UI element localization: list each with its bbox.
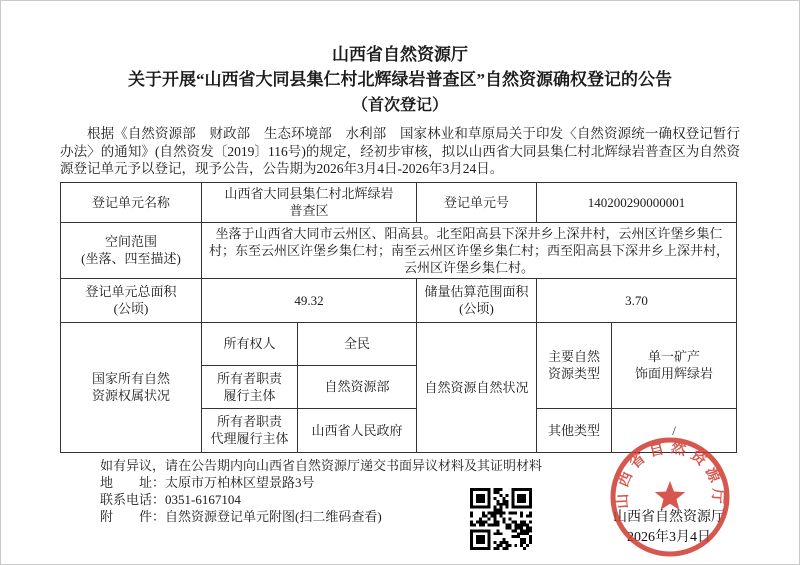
cell-reserve-area-label: 储量估算范围面积 (公顷) bbox=[417, 278, 537, 322]
cell-nature-label: 自然资源自然状况 bbox=[417, 322, 537, 452]
cell-unit-no-value: 140200290000001 bbox=[537, 182, 737, 222]
cell-main-type-value: 单一矿产 饰面用辉绿岩 bbox=[612, 322, 737, 408]
address-line: 地 址：太原市万柏林区望景路3号 bbox=[100, 474, 740, 491]
signoff-date: 2026年3月4日 bbox=[569, 526, 769, 546]
qr-code bbox=[470, 488, 532, 550]
table-row: 国家所有自然 资源权属状况 所有权人 全民 自然资源自然状况 主要自然 资源类型… bbox=[61, 322, 737, 365]
cell-scope-value: 坐落于山西省大同市云州区、阳高县。北至阳高县下深井乡上深井村，云州区许堡乡集仁村… bbox=[202, 222, 737, 278]
cell-unit-name-label: 登记单元名称 bbox=[61, 182, 202, 222]
cell-unit-name-value: 山西省大同县集仁村北辉绿岩普查区 bbox=[202, 182, 417, 222]
cell-duty-label: 所有者职责 履行主体 bbox=[202, 365, 298, 408]
page-subtitle: 关于开展“山西省大同县集仁村北辉绿岩普查区”自然资源确权登记的公告 bbox=[60, 67, 740, 93]
cell-main-type-label: 主要自然 资源类型 bbox=[537, 322, 612, 408]
page-title: 山西省自然资源厅 bbox=[60, 43, 740, 67]
objection-notice: 如有异议，请在公告期内向山西省自然资源厅递交书面异议材料及其证明材料 bbox=[100, 457, 740, 474]
cell-agent-value: 山西省人民政府 bbox=[298, 408, 417, 452]
cell-agent-label: 所有者职责 代理履行主体 bbox=[202, 408, 298, 452]
table-row: 空间范围 (坐落、四至描述) 坐落于山西省大同市云州区、阳高县。北至阳高县下深井… bbox=[61, 222, 737, 278]
cell-ownership-label: 国家所有自然 资源权属状况 bbox=[61, 322, 202, 452]
cell-unit-no-label: 登记单元号 bbox=[417, 182, 537, 222]
registration-type-line: （首次登记） bbox=[60, 93, 740, 119]
cell-duty-value: 自然资源部 bbox=[298, 365, 417, 408]
registration-table: 登记单元名称 山西省大同县集仁村北辉绿岩普查区 登记单元号 1402002900… bbox=[60, 182, 737, 453]
announcement-page: 山西省自然资源厅 关于开展“山西省大同县集仁村北辉绿岩普查区”自然资源确权登记的… bbox=[0, 0, 800, 565]
cell-scope-label: 空间范围 (坐落、四至描述) bbox=[61, 222, 202, 278]
announcement-body: 根据《自然资源部 财政部 生态环境部 水利部 国家林业和草原局关于印发〈自然资源… bbox=[60, 125, 740, 178]
phone-line: 联系电话：0351-6167104 bbox=[100, 491, 740, 508]
cell-other-type-label: 其他类型 bbox=[537, 408, 612, 452]
page-content: 山西省自然资源厅 关于开展“山西省大同县集仁村北辉绿岩普查区”自然资源确权登记的… bbox=[60, 1, 740, 525]
table-row: 登记单元名称 山西省大同县集仁村北辉绿岩普查区 登记单元号 1402002900… bbox=[61, 182, 737, 222]
cell-total-area-value: 49.32 bbox=[202, 278, 417, 322]
cell-total-area-label: 登记单元总面积 (公顷) bbox=[61, 278, 202, 322]
cell-other-type-value: / bbox=[612, 408, 737, 452]
cell-reserve-area-value: 3.70 bbox=[537, 278, 737, 322]
signoff-org: 山西省自然资源厅 bbox=[569, 506, 769, 526]
cell-owner-label: 所有权人 bbox=[202, 322, 298, 365]
cell-owner-value: 全民 bbox=[298, 322, 417, 365]
table-row: 登记单元总面积 (公顷) 49.32 储量估算范围面积 (公顷) 3.70 bbox=[61, 278, 737, 322]
